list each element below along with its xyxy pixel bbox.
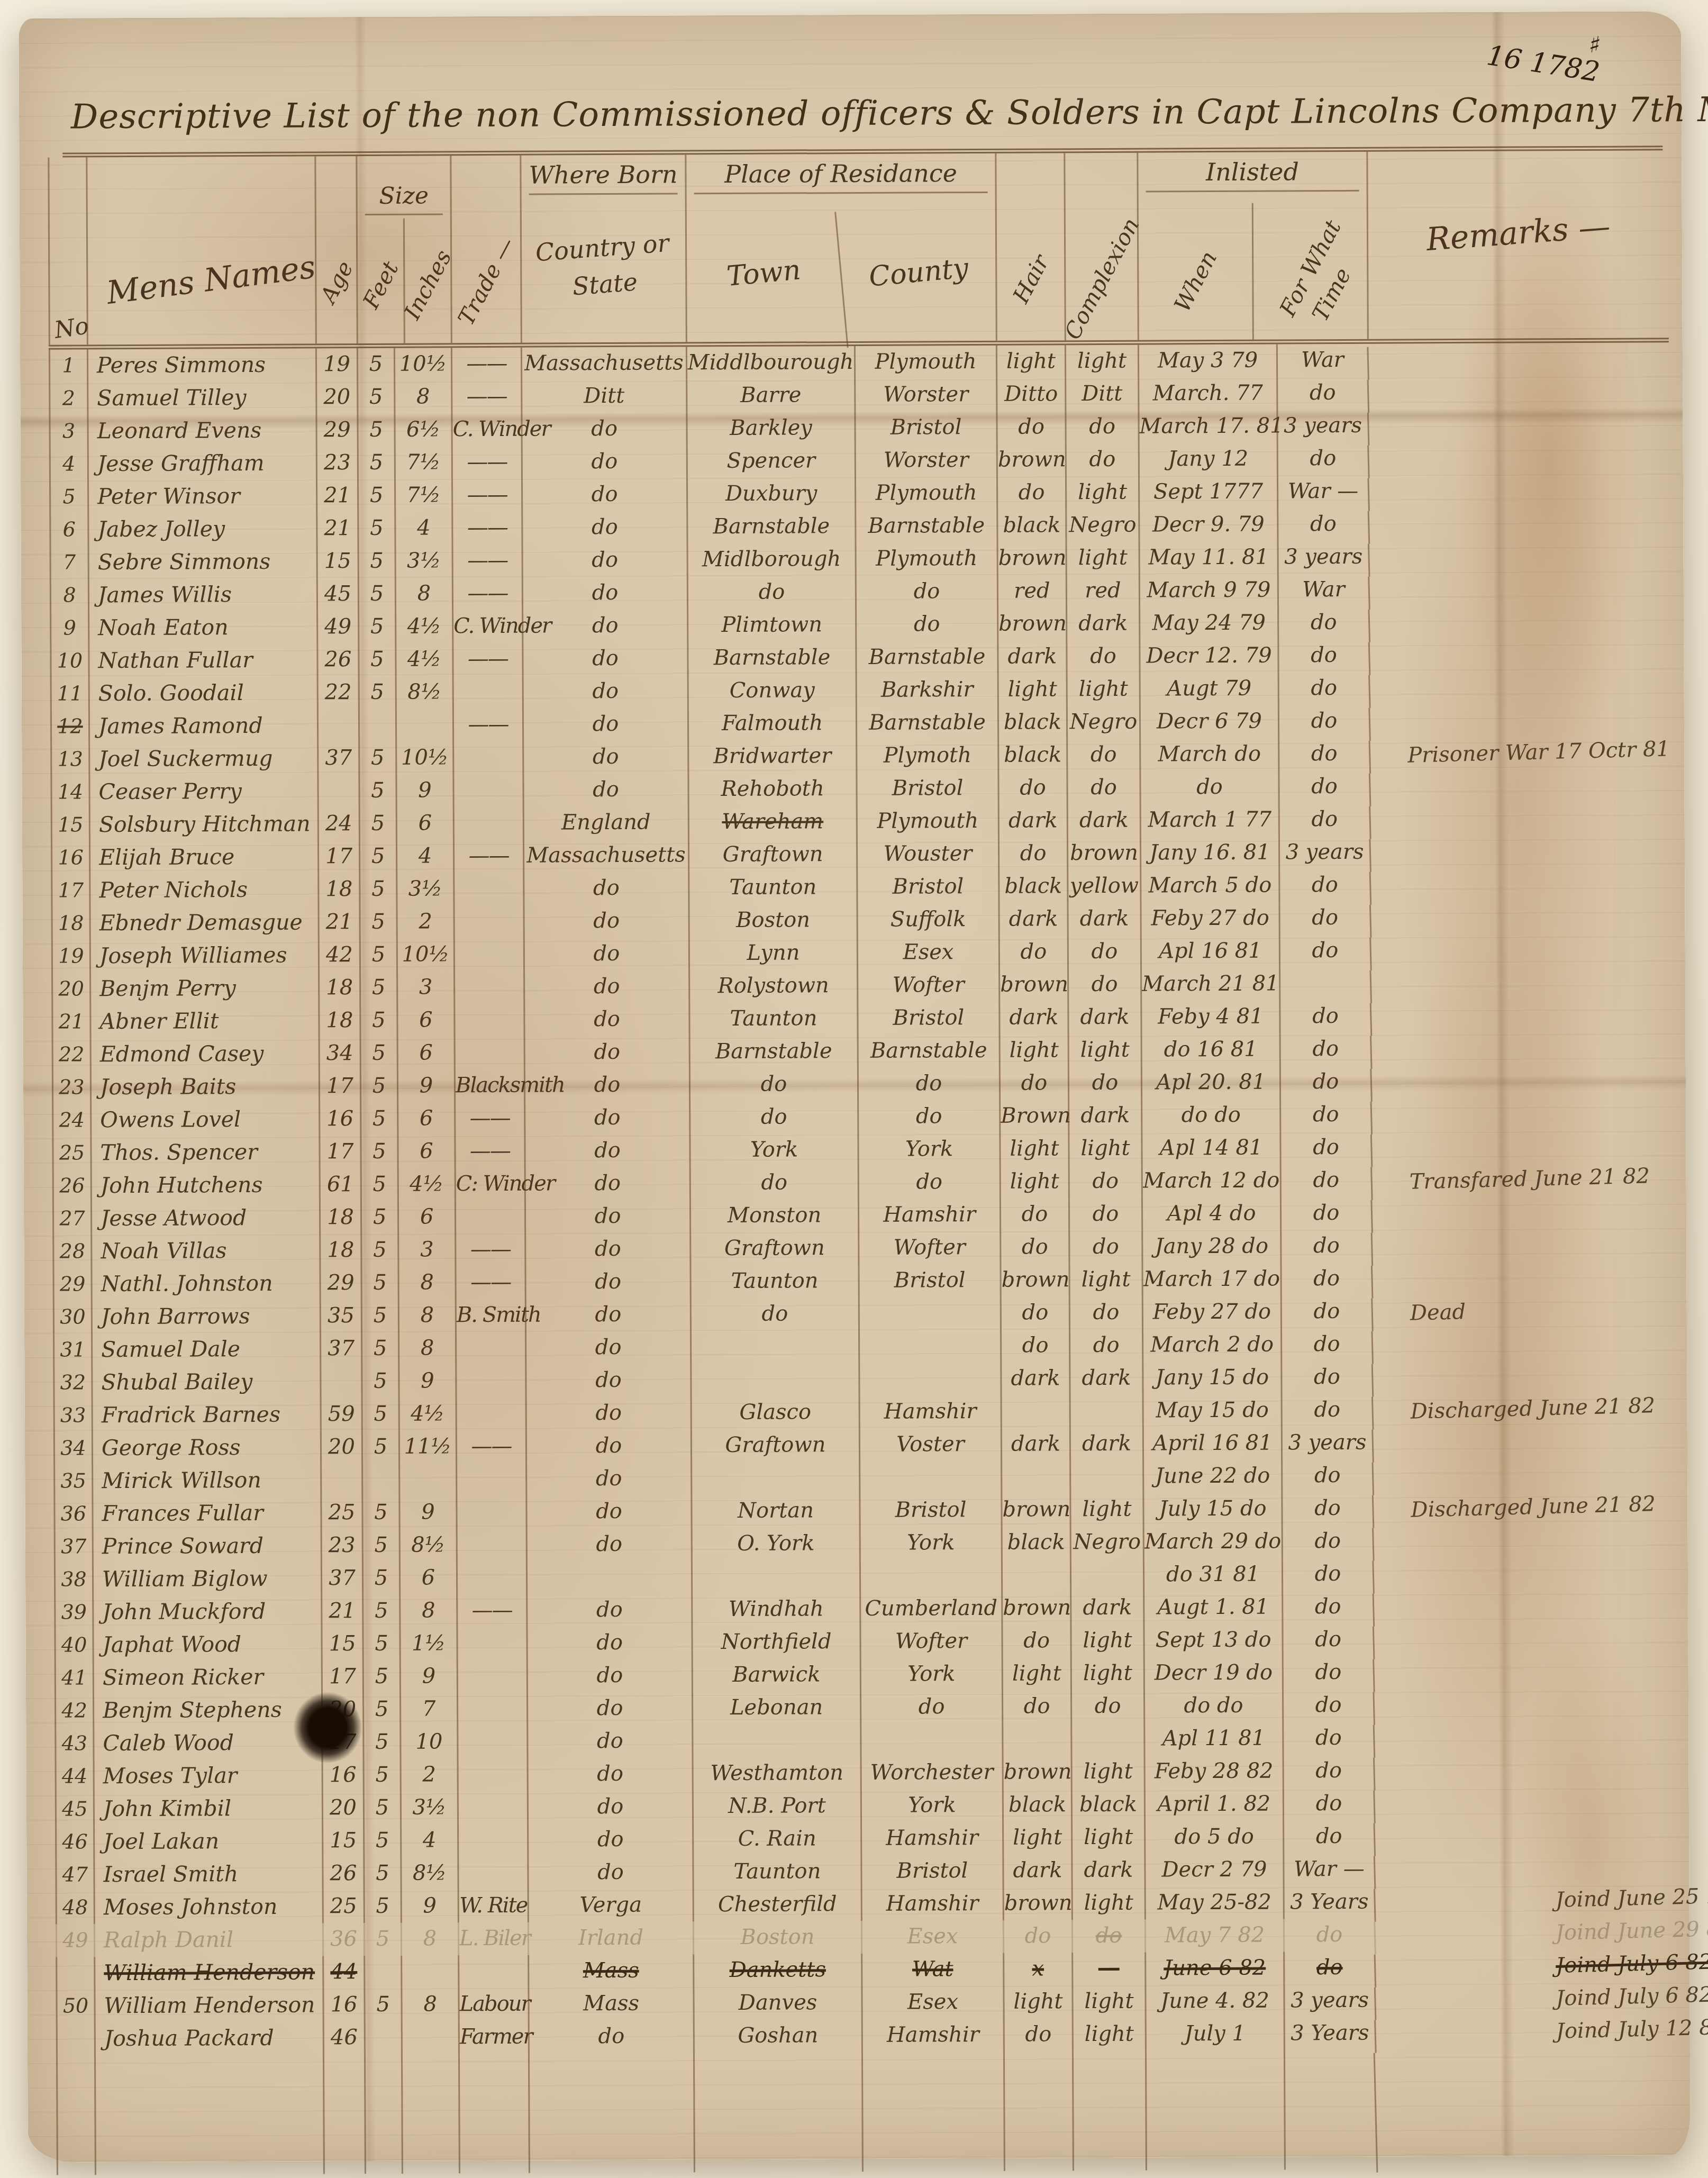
header-trade: Trade — bbox=[450, 156, 521, 343]
cell-hair: dark bbox=[1001, 1428, 1069, 1461]
cell-feet: 5 bbox=[360, 1234, 397, 1267]
cell-feet: 5 bbox=[359, 1004, 396, 1037]
cell-born: England bbox=[523, 806, 688, 839]
header-when: When bbox=[1139, 203, 1252, 340]
header-inlisted-label: Inlisted bbox=[1146, 152, 1359, 193]
cell-inches: 6 bbox=[396, 807, 453, 840]
cell-county: York bbox=[857, 1133, 999, 1166]
cell-inches: 4½ bbox=[397, 1168, 455, 1201]
cell-when-inlisted: Apl 20. 81 bbox=[1141, 1066, 1279, 1099]
cell-county: do bbox=[858, 1166, 1000, 1199]
cell-when-inlisted: do 5 do bbox=[1144, 1820, 1283, 1854]
cell-number: 7 bbox=[50, 546, 88, 579]
cell-when-inlisted: Feby 27 do bbox=[1140, 902, 1278, 935]
cell-inches: 9 bbox=[398, 1365, 455, 1397]
cell-complexion: light bbox=[1066, 673, 1139, 706]
cell-trade bbox=[457, 1824, 527, 1857]
cell-town: Spencer bbox=[686, 444, 855, 478]
cell-name: George Ross bbox=[92, 1431, 320, 1465]
cell-age: 26 bbox=[316, 643, 358, 676]
cell-trade bbox=[456, 1562, 526, 1595]
cell-trade bbox=[453, 938, 523, 972]
cell-time: do bbox=[1282, 1591, 1373, 1624]
cell-trade bbox=[453, 971, 523, 1004]
cell-born: do bbox=[528, 2020, 693, 2053]
cell-inches: 4½ bbox=[395, 643, 452, 676]
header-feet-label: Feet bbox=[358, 257, 404, 313]
header-hair-label: Hair bbox=[1007, 251, 1054, 307]
cell-hair: light bbox=[999, 1132, 1068, 1166]
cell-number: 49 bbox=[56, 1924, 94, 1957]
cell-name: Joel Lakan bbox=[93, 1825, 322, 1858]
cell-time: do bbox=[1278, 705, 1369, 738]
cell-time: do bbox=[1278, 770, 1369, 804]
cell-complexion: do bbox=[1068, 1165, 1141, 1199]
cell-trade: L. Biler bbox=[458, 1922, 528, 1956]
cell-county: Cumberland bbox=[859, 1592, 1001, 1626]
soldier-row: 50 William Henderson 16 5 8 Labour Mass … bbox=[56, 1983, 1676, 2022]
cell-feet: 5 bbox=[360, 1037, 397, 1070]
cell-feet: 5 bbox=[357, 512, 394, 545]
soldier-row: 41 Simeon Ricker 17 5 9 do Barwick York … bbox=[54, 1655, 1675, 1694]
cell-born: do bbox=[524, 1036, 689, 1069]
cell-trade: —— bbox=[451, 479, 521, 512]
cell-name: Joel Suckermug bbox=[88, 742, 317, 776]
cell-age: 15 bbox=[321, 1628, 362, 1660]
cell-town: Midlborough bbox=[687, 543, 855, 576]
cell-age: 25 bbox=[322, 1890, 364, 1923]
cell-name: Joseph Baits bbox=[90, 1070, 319, 1104]
cell-time: War — bbox=[1277, 475, 1368, 509]
cell-complexion: light bbox=[1072, 2018, 1145, 2052]
cell-born: do bbox=[522, 642, 687, 675]
cell-trade bbox=[453, 905, 523, 939]
cell-name: Peter Nichols bbox=[89, 873, 317, 907]
cell-county: Plymoth bbox=[856, 739, 997, 773]
cell-complexion: light bbox=[1071, 1887, 1144, 1920]
cell-born: do bbox=[524, 1232, 689, 1266]
cell-time: do bbox=[1278, 803, 1369, 837]
cell-complexion: light bbox=[1071, 1985, 1144, 2019]
cell-time: 3 years bbox=[1278, 836, 1369, 869]
cell-inches: 3 bbox=[396, 971, 453, 1004]
cell-age: 37 bbox=[321, 1562, 362, 1595]
cell-county: Wat bbox=[861, 1953, 1003, 1986]
cell-complexion: dark bbox=[1067, 1001, 1140, 1034]
cell-county: Plymouth bbox=[855, 542, 997, 576]
cell-county: Plymouth bbox=[855, 477, 996, 510]
cell-county: Worster bbox=[855, 444, 996, 477]
cell-complexion: light bbox=[1071, 1821, 1144, 1855]
cell-town: Taunton bbox=[688, 1002, 857, 1036]
cell-when-inlisted: March 29 do bbox=[1143, 1525, 1282, 1558]
header-size-group: Size Feet Inches bbox=[356, 156, 451, 343]
cell-name: James Willis bbox=[88, 578, 316, 612]
cell-name: Moses Johnston bbox=[94, 1890, 322, 1924]
document-title: Descriptive List of the non Commissioned… bbox=[62, 90, 1662, 157]
cell-feet: 5 bbox=[358, 611, 395, 643]
cell-name: Nathan Fullar bbox=[88, 643, 316, 677]
cell-born: Mass bbox=[528, 1954, 693, 1988]
cell-born: do bbox=[523, 970, 688, 1003]
cell-inches: 8 bbox=[401, 1988, 458, 2021]
cell-name: Prince Soward bbox=[92, 1529, 321, 1563]
cell-county: do bbox=[860, 1691, 1002, 1724]
cell-feet: 5 bbox=[362, 1529, 399, 1562]
cell-hair: x bbox=[1003, 1953, 1071, 1986]
cell-number: 20 bbox=[51, 973, 89, 1005]
cell-town: Barnstable bbox=[689, 1035, 857, 1068]
cell-complexion: do bbox=[1067, 936, 1140, 969]
cell-when-inlisted: March 17. 81 bbox=[1138, 410, 1276, 443]
cell-feet: 5 bbox=[360, 1136, 397, 1168]
cell-name: Mirick Willson bbox=[92, 1464, 320, 1498]
cell-born: do bbox=[521, 412, 686, 446]
cell-town: Graftown bbox=[689, 1232, 858, 1265]
header-remarks: Remarks — bbox=[1366, 150, 1669, 339]
header-inches-label: Inches bbox=[399, 246, 457, 323]
cell-inches: 9 bbox=[401, 1890, 458, 1922]
cell-when-inlisted: Augt 79 bbox=[1139, 673, 1278, 706]
cell-number: 28 bbox=[52, 1235, 90, 1268]
cell-inches: 8½ bbox=[399, 1529, 456, 1562]
cell-town: Barnstable bbox=[686, 510, 855, 543]
cell-trade: —— bbox=[451, 512, 521, 545]
cell-number: 44 bbox=[55, 1760, 93, 1793]
cell-trade bbox=[457, 1857, 527, 1890]
cell-feet: 5 bbox=[358, 676, 395, 709]
cell-hair: do bbox=[1003, 1920, 1071, 1953]
cell-hair: black bbox=[997, 706, 1066, 739]
cell-trade: —— bbox=[451, 348, 521, 381]
cell-trade: —— bbox=[452, 544, 522, 578]
cell-number: 43 bbox=[54, 1727, 93, 1760]
cell-complexion: Negro bbox=[1066, 706, 1139, 739]
cell-born: Ditt bbox=[521, 379, 686, 413]
cell-age: 17 bbox=[319, 1136, 360, 1168]
cell-inches bbox=[401, 1955, 458, 1988]
cell-number: 6 bbox=[49, 513, 87, 546]
cell-name: Owens Lovel bbox=[90, 1103, 319, 1137]
cell-number: 1 bbox=[49, 349, 87, 382]
cell-complexion: Ditt bbox=[1065, 378, 1138, 411]
cell-county: Bristol bbox=[856, 870, 998, 904]
cell-trade: W. Rite bbox=[458, 1890, 528, 1923]
cell-hair: black bbox=[1002, 1789, 1071, 1822]
cell-born: Massachusetts bbox=[523, 839, 688, 872]
cell-town: Lebonan bbox=[692, 1691, 860, 1725]
cell-hair: light bbox=[1002, 1821, 1071, 1855]
cell-time: do bbox=[1282, 1689, 1373, 1722]
header-age: Age bbox=[314, 156, 357, 343]
cell-time: do bbox=[1280, 1197, 1371, 1230]
cell-age: 15 bbox=[322, 1825, 363, 1857]
cell-number: 23 bbox=[52, 1071, 90, 1104]
cell-inches: 11½ bbox=[398, 1430, 456, 1463]
cell-hair: do bbox=[996, 476, 1065, 510]
cell-age: 16 bbox=[319, 1103, 360, 1136]
cell-trade: —— bbox=[451, 446, 521, 479]
cell-town: Glasco bbox=[691, 1396, 859, 1429]
soldier-row: 4 Jesse Graffham 23 5 7½ —— do Spencer W… bbox=[49, 441, 1669, 480]
cell-county bbox=[858, 1330, 1000, 1363]
cell-inches: 6 bbox=[399, 1562, 456, 1594]
cell-complexion: dark bbox=[1071, 1854, 1144, 1887]
header-inlisted-group: Inlisted When For What Time bbox=[1137, 152, 1367, 340]
cell-town: Bridwarter bbox=[687, 740, 856, 773]
cell-trade bbox=[456, 1463, 525, 1496]
cell-inches: 4 bbox=[400, 1824, 457, 1857]
cell-trade: Labour bbox=[458, 1988, 528, 2021]
cell-hair: do bbox=[998, 936, 1067, 969]
cell-age: 21 bbox=[316, 512, 357, 545]
cell-number: 11 bbox=[50, 677, 88, 710]
cell-age: 37 bbox=[320, 1332, 361, 1365]
header-where-born-label: Where Born bbox=[529, 155, 677, 195]
cell-when-inlisted: March 9 79 bbox=[1139, 574, 1277, 607]
cell-inches: 10½ bbox=[394, 348, 451, 380]
cell-county: Hamshir bbox=[859, 1395, 1001, 1429]
cell-name: Simeon Ricker bbox=[93, 1660, 321, 1694]
header-complexion-label: Complexion bbox=[1059, 214, 1144, 344]
cell-time: do bbox=[1279, 934, 1370, 968]
cell-county: do bbox=[855, 608, 997, 641]
cell-name: William Henderson bbox=[94, 1989, 322, 2022]
cell-number: 41 bbox=[54, 1662, 93, 1694]
cell-born: do bbox=[523, 904, 688, 938]
cell-inches: 6 bbox=[397, 1201, 455, 1233]
cell-trade: Farmer bbox=[458, 2021, 528, 2054]
cell-when-inlisted: June 4. 82 bbox=[1144, 1984, 1283, 2018]
header-size-label: Size bbox=[365, 177, 442, 215]
cell-feet: 5 bbox=[361, 1300, 398, 1332]
cell-town: York bbox=[689, 1133, 857, 1167]
cell-born: do bbox=[526, 1626, 691, 1659]
soldier-row: 10 Nathan Fullar 26 5 4½ —— do Barnstabl… bbox=[50, 638, 1670, 677]
cell-complexion: light bbox=[1068, 1264, 1141, 1297]
cell-county bbox=[858, 1363, 1000, 1396]
cell-trade bbox=[455, 1365, 525, 1398]
cell-when-inlisted: May 7 82 bbox=[1144, 1919, 1283, 1952]
cell-complexion: light bbox=[1070, 1657, 1143, 1691]
cell-hair: dark bbox=[1000, 1362, 1069, 1395]
cell-town: Duxbury bbox=[686, 477, 855, 511]
cell-age bbox=[320, 1365, 361, 1398]
soldier-row: 8 James Willis 45 5 8 —— do do do red re… bbox=[50, 572, 1670, 612]
header-where-born: Where Born Country or State bbox=[520, 155, 686, 342]
cell-inches bbox=[395, 709, 452, 741]
soldier-row: 21 Abner Ellit 18 5 6 do Taunton Bristol… bbox=[51, 999, 1671, 1038]
cell-name: Peres Simmons bbox=[87, 348, 315, 382]
cell-hair: dark bbox=[998, 804, 1067, 838]
soldier-row: Joshua Packard 46 Farmer do Goshan Hamsh… bbox=[56, 2016, 1676, 2055]
header-county: County bbox=[834, 198, 1001, 348]
cell-name: Ralph Danil bbox=[94, 1923, 322, 1957]
cell-time: 3 years bbox=[1281, 1427, 1372, 1460]
cell-town: C. Rain bbox=[692, 1822, 860, 1856]
cell-hair: brown bbox=[996, 443, 1065, 477]
cell-time: do bbox=[1282, 1558, 1373, 1591]
cell-complexion: dark bbox=[1067, 804, 1140, 838]
cell-when-inlisted: June 22 do bbox=[1142, 1459, 1281, 1493]
cell-town: Taunton bbox=[692, 1855, 860, 1889]
cell-feet: 5 bbox=[362, 1595, 399, 1628]
cell-when-inlisted: Feby 4 81 bbox=[1140, 1000, 1279, 1033]
cell-town: Middlbourough bbox=[686, 346, 854, 379]
cell-county: Bristol bbox=[860, 1855, 1002, 1888]
cell-inches: 1½ bbox=[399, 1627, 456, 1660]
cell-time: do bbox=[1279, 1131, 1370, 1165]
cell-name: William Henderson bbox=[94, 1956, 322, 1990]
cell-town bbox=[691, 1560, 859, 1593]
cell-born: do bbox=[526, 1528, 691, 1561]
cell-name: Ebnedr Demasgue bbox=[89, 906, 318, 940]
cell-name: Jesse Graffham bbox=[87, 447, 316, 480]
cell-town: Taunton bbox=[689, 1265, 858, 1298]
cell-hair: red bbox=[997, 575, 1066, 608]
cell-number: 8 bbox=[50, 579, 88, 612]
cell-feet bbox=[361, 1464, 398, 1496]
cell-time: do bbox=[1280, 1230, 1371, 1263]
cell-county: Suffolk bbox=[856, 903, 998, 937]
header-county-label: County bbox=[868, 252, 970, 293]
cell-born: do bbox=[524, 1068, 689, 1102]
cell-county: Hamshir bbox=[860, 1822, 1002, 1855]
cell-born: do bbox=[521, 478, 686, 511]
cell-hair: light bbox=[999, 1034, 1068, 1067]
cell-when-inlisted: Jany 15 do bbox=[1142, 1361, 1280, 1394]
cell-inches: 7 bbox=[399, 1693, 457, 1726]
cell-town: Windhah bbox=[691, 1593, 859, 1626]
header-trade-label: Trade — bbox=[452, 233, 520, 329]
header-inlisted-subrow: When For What Time bbox=[1139, 203, 1367, 340]
cell-born: do bbox=[525, 1331, 690, 1364]
cell-age: 17 bbox=[319, 1070, 360, 1103]
cell-town: Barkley bbox=[686, 412, 854, 445]
cell-inches: 6 bbox=[397, 1037, 454, 1069]
soldier-row: 38 William Biglow 37 5 6 do 31 81 do bbox=[54, 1556, 1674, 1596]
cell-hair: brown bbox=[1002, 1756, 1071, 1789]
cell-feet: 5 bbox=[363, 1759, 400, 1792]
cell-county: Barnstable bbox=[855, 510, 996, 543]
cell-when-inlisted: Sept 1777 bbox=[1138, 476, 1277, 509]
cell-town: do bbox=[690, 1297, 858, 1331]
cell-name: Noah Villas bbox=[90, 1234, 319, 1268]
scanned-document-photo: { "corner": {"mark": "♯", "note": "16 17… bbox=[0, 0, 1708, 2178]
cell-trade bbox=[456, 1529, 526, 1562]
cell-inches: 10½ bbox=[396, 938, 453, 971]
cell-time: do bbox=[1278, 869, 1369, 902]
cell-name: Shubal Bailey bbox=[91, 1365, 320, 1399]
cell-inches: 2 bbox=[396, 905, 453, 938]
cell-hair: black bbox=[1001, 1526, 1070, 1559]
cell-name: Noah Eaton bbox=[88, 611, 316, 645]
cell-born: Irland bbox=[528, 1921, 693, 1955]
cell-born: do bbox=[522, 609, 687, 642]
cell-county: Worchester bbox=[860, 1756, 1002, 1790]
cell-name: John Hutchens bbox=[90, 1168, 319, 1202]
cell-inches: 8 bbox=[399, 1594, 456, 1627]
cell-when-inlisted: May 15 do bbox=[1142, 1394, 1281, 1427]
cell-town: Rehoboth bbox=[687, 773, 856, 806]
cell-age: 29 bbox=[319, 1267, 360, 1300]
soldier-row: 29 Nathl. Johnston 29 5 8 —— do Taunton … bbox=[52, 1261, 1673, 1301]
cell-number: 15 bbox=[51, 809, 89, 841]
cell-feet: 5 bbox=[364, 1989, 401, 2021]
cell-feet: 5 bbox=[357, 381, 394, 414]
cell-complexion: yellow bbox=[1067, 870, 1140, 903]
cell-born: do bbox=[526, 1659, 692, 1692]
cell-when-inlisted: April 16 81 bbox=[1142, 1427, 1281, 1460]
cell-feet: 5 bbox=[360, 1267, 397, 1300]
cell-county: Voster bbox=[859, 1428, 1001, 1462]
soldier-row: 1 Peres Simmons 19 5 10½ —— Massachusett… bbox=[49, 342, 1669, 382]
cell-complexion: black bbox=[1071, 1789, 1144, 1822]
cell-born: do bbox=[524, 1101, 689, 1135]
cell-born: do bbox=[522, 675, 687, 708]
cell-born: do bbox=[525, 1364, 690, 1397]
cell-time: 3 Years bbox=[1284, 2017, 1375, 2050]
cell-hair: light bbox=[1000, 1165, 1068, 1199]
cell-complexion: light bbox=[1068, 1034, 1141, 1067]
cell-county: Barkshir bbox=[856, 674, 997, 707]
cell-county bbox=[859, 1559, 1001, 1593]
cell-town: Westhamton bbox=[692, 1757, 860, 1790]
cell-born: do bbox=[525, 1495, 691, 1528]
cell-time: do bbox=[1281, 1459, 1372, 1493]
cell-when-inlisted: March 17 do bbox=[1141, 1263, 1280, 1296]
cell-complexion: do bbox=[1068, 1198, 1141, 1231]
cell-age: 42 bbox=[318, 939, 359, 972]
cell-town: Goshan bbox=[693, 2019, 861, 2053]
cell-county: Esex bbox=[857, 936, 998, 969]
cell-number: 47 bbox=[55, 1858, 93, 1891]
cell-time: do bbox=[1278, 738, 1369, 771]
cell-town: do bbox=[689, 1166, 858, 1200]
cell-when-inlisted: Apl 4 do bbox=[1141, 1197, 1280, 1230]
soldier-row: 20 Benjm Perry 18 5 3 do Rolystown Wofte… bbox=[51, 966, 1671, 1005]
cell-town: Nortan bbox=[691, 1494, 859, 1528]
cell-complexion: do bbox=[1066, 739, 1139, 772]
cell-born: do bbox=[527, 1790, 692, 1823]
cell-feet: 5 bbox=[360, 1070, 397, 1103]
cell-born: do bbox=[522, 576, 687, 610]
cell-feet: 5 bbox=[362, 1726, 399, 1759]
cell-trade: —— bbox=[451, 380, 521, 414]
cell-feet: 5 bbox=[363, 1857, 400, 1890]
cell-time: do bbox=[1279, 1033, 1370, 1066]
cell-age: 46 bbox=[323, 2021, 364, 2054]
cell-trade bbox=[457, 1693, 526, 1726]
cell-town: Taunton bbox=[688, 871, 856, 904]
cell-name: Solsbury Hitchman bbox=[89, 807, 317, 841]
cell-county: Esex bbox=[861, 1920, 1003, 1954]
cell-born: do bbox=[523, 872, 688, 905]
cell-age: 23 bbox=[316, 447, 357, 479]
cell-number: 21 bbox=[51, 1005, 89, 1038]
cell-born: do bbox=[521, 445, 686, 478]
cell-hair: Brown bbox=[999, 1100, 1068, 1133]
cell-inches: 7½ bbox=[394, 479, 451, 512]
cell-when-inlisted: March 5 do bbox=[1140, 869, 1278, 903]
cell-town: Falmouth bbox=[687, 707, 856, 740]
cell-age: 37 bbox=[317, 742, 358, 775]
cell-when-inlisted: July 15 do bbox=[1142, 1492, 1281, 1526]
soldier-row: 26 John Hutchens 61 5 4½ C: Winder do do… bbox=[52, 1163, 1673, 1202]
cell-when-inlisted: May 3 79 bbox=[1138, 344, 1276, 378]
table-header: No Mens Names Age Size Feet Inches bbox=[48, 150, 1669, 349]
cell-age: 45 bbox=[316, 578, 358, 611]
